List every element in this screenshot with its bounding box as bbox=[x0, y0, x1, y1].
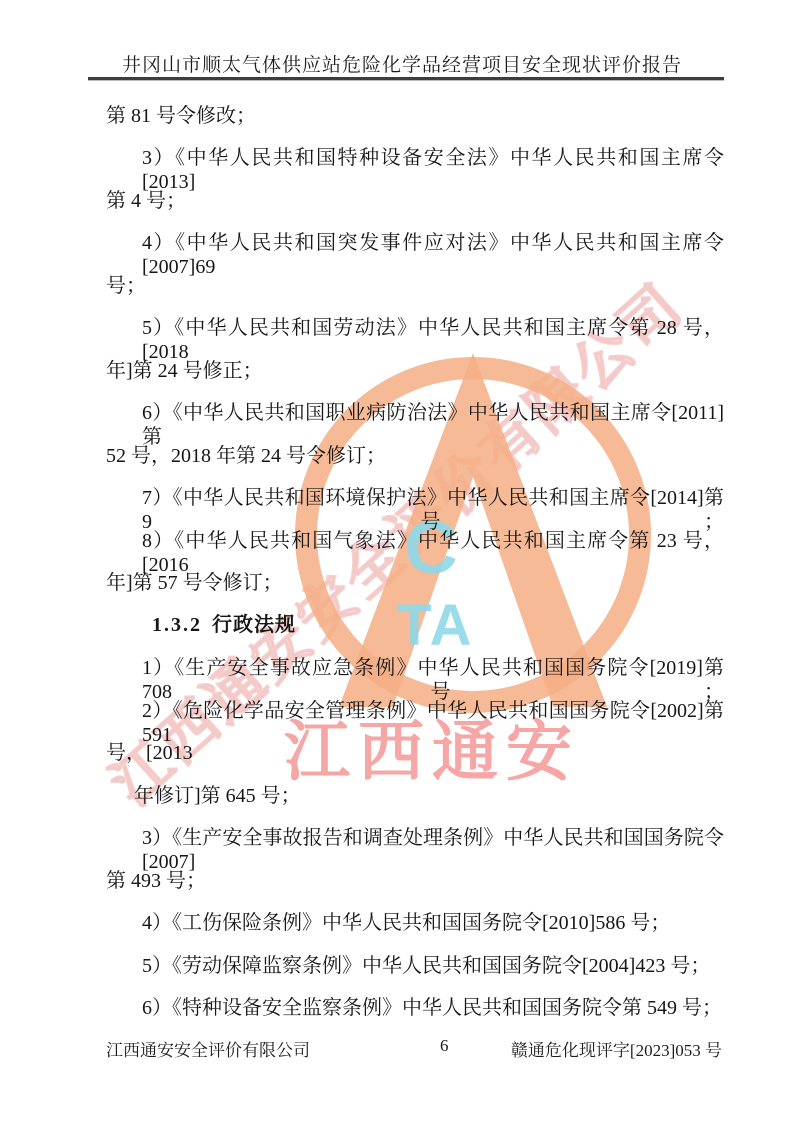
body-line: 6）《特种设备安全监察条例》中华人民共和国国务院令第 549 号； bbox=[106, 996, 724, 1020]
body-line: 5）《劳动保障监察条例》中华人民共和国国务院令[2004]423 号； bbox=[106, 954, 724, 978]
footer-company-name: 江西通安安全评价有限公司 bbox=[106, 1036, 310, 1061]
report-body: 第 81 号令修改； 3）《中华人民共和国特种设备安全法》中华人民共和国主席令[… bbox=[0, 0, 800, 1131]
body-line: 1）《生产安全事故应急条例》中华人民共和国国务院令[2019]第 708 号； bbox=[106, 656, 724, 704]
section-heading-label: 行政法规 bbox=[212, 614, 296, 636]
body-line: 3）《生产安全事故报告和调查处理条例》中华人民共和国国务院令[2007] bbox=[106, 826, 724, 874]
body-line: 号； bbox=[106, 274, 724, 298]
footer-page-number: 6 bbox=[440, 1036, 449, 1056]
body-line: 6）《中华人民共和国职业病防治法》中华人民共和国主席令[2011]第 bbox=[106, 401, 724, 449]
section-heading: 1.3.2行政法规 bbox=[106, 613, 724, 637]
body-line: 7）《中华人民共和国环境保护法》中华人民共和国主席令[2014]第 9 号； bbox=[106, 486, 724, 534]
body-line: 8）《中华人民共和国气象法》中华人民共和国主席令第 23 号，[2016 bbox=[106, 529, 724, 577]
body-line: 年]第 57 号令修订； bbox=[106, 571, 724, 595]
body-line: 5）《中华人民共和国劳动法》中华人民共和国主席令第 28 号，[2018 bbox=[106, 316, 724, 364]
body-line: 第 81 号令修改； bbox=[106, 104, 724, 128]
body-line: 第 4 号； bbox=[106, 189, 724, 213]
body-line: 年修订]第 645 号； bbox=[106, 784, 724, 808]
body-line: 年]第 24 号修正； bbox=[106, 359, 724, 383]
body-line: 4）《中华人民共和国突发事件应对法》中华人民共和国主席令[2007]69 bbox=[106, 231, 724, 279]
body-line: 号，[2013 bbox=[106, 741, 724, 765]
page-footer: 江西通安安全评价有限公司 6 赣通危化现评字[2023]053 号 bbox=[0, 1036, 800, 1058]
body-line: 3）《中华人民共和国特种设备安全法》中华人民共和国主席令[2013] bbox=[106, 146, 724, 194]
body-line: 4）《工伤保险条例》中华人民共和国国务院令[2010]586 号； bbox=[106, 911, 724, 935]
body-line: 2）《危险化学品安全管理条例》中华人民共和国国务院令[2002]第 591 bbox=[106, 699, 724, 747]
section-heading-number: 1.3.2 bbox=[152, 614, 202, 636]
body-line: 第 493 号； bbox=[106, 869, 724, 893]
document-page: 江西通安安全评价有限公司 C TA 江西通安 井冈山市顺太气体供应站危险化学品经… bbox=[0, 0, 800, 1131]
body-line: 52 号，2018 年第 24 号令修订； bbox=[106, 444, 724, 468]
footer-doc-number: 赣通危化现评字[2023]053 号 bbox=[511, 1036, 722, 1061]
